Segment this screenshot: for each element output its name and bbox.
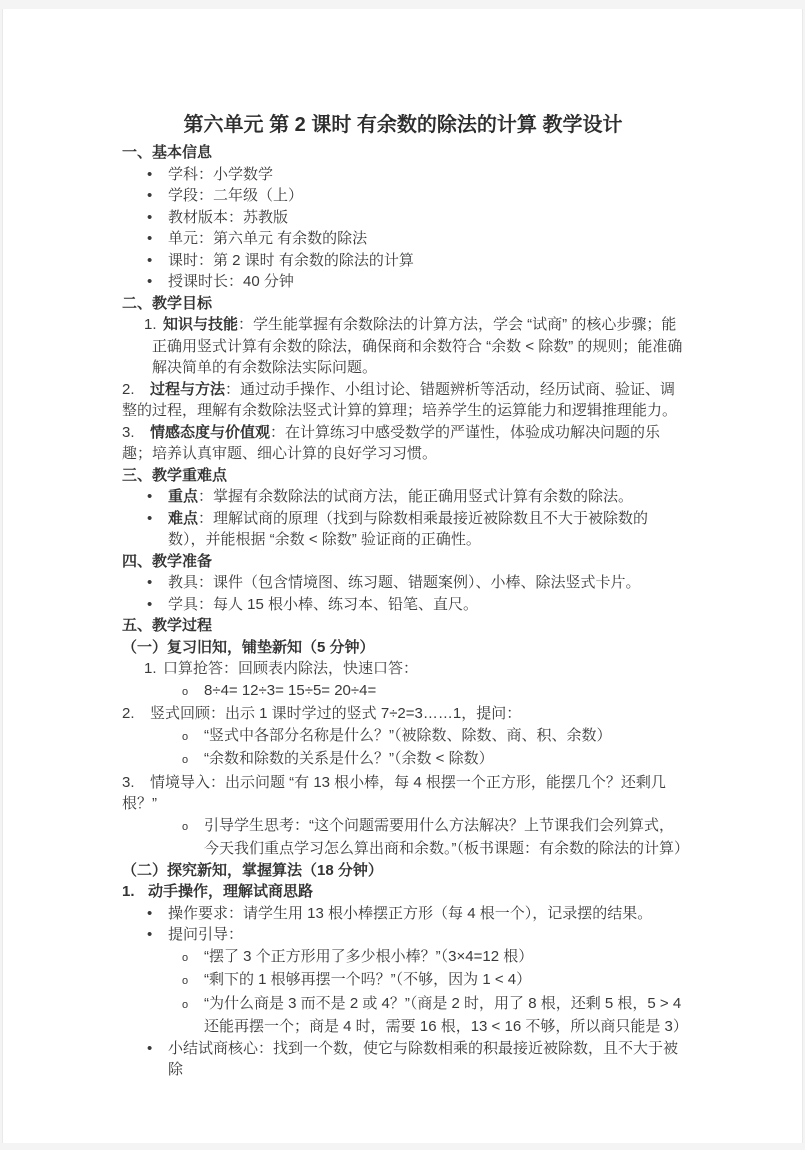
bullet-item: •教具：课件（包含情境图、练习题、错题案例）、小棒、除法竖式卡片。 <box>122 572 684 594</box>
circle-icon: o <box>182 750 204 772</box>
text-run: 教具：课件（包含情境图、练习题、错题案例）、小棒、除法竖式卡片。 <box>168 574 641 591</box>
text-run: 操作要求：请学生用 13 根小棒摆正方形（每 4 根一个），记录摆的结果。 <box>168 905 652 922</box>
text-run: 知识与技能 <box>163 316 238 333</box>
bullet-item: •操作要求：请学生用 13 根小棒摆正方形（每 4 根一个），记录摆的结果。 <box>122 903 684 925</box>
numbered-item: 2.过程与方法：通过动手操作、小组讨论、错题辨析等活动，经历试商、验证、调整的过… <box>122 379 684 422</box>
document-blocks: 一、基本信息•学科：小学数学•学段：二年级（上）•教材版本：苏教版•单元：第六单… <box>122 142 684 1081</box>
sub-bullet-item: o“余数和除数的关系是什么？”（余数 < 除数） <box>122 748 684 772</box>
bullet-item: •学段：二年级（上） <box>122 185 684 207</box>
numbered-item: 1.口算抢答：回顾表内除法，快速口答： <box>122 658 684 680</box>
numbered-item: 1.知识与技能：学生能掌握有余数除法的计算方法，学会 “试商” 的核心步骤；能正… <box>122 314 684 379</box>
bullet-icon: • <box>147 164 168 186</box>
numbered-item: 3.情感态度与价值观：在计算练习中感受数学的严谨性，体验成功解决问题的乐趣；培养… <box>122 422 684 465</box>
text-run: 四、教学准备 <box>122 553 212 570</box>
text-run: 一、基本信息 <box>122 144 212 161</box>
text-run: 引导学生思考：“这个问题需要用什么方法解决？上节课我们会列算式，今天我们重点学习… <box>204 817 689 858</box>
text-run: 重点 <box>168 488 198 505</box>
text-run: ：理解试商的原理（找到与除数相乘最接近被除数且不大于被除数的数），并能根据 “余… <box>168 510 648 549</box>
text-run: “竖式中各部分名称是什么？”（被除数、除数、商、积、余数） <box>204 727 612 744</box>
bullet-item: •学具：每人 15 根小棒、练习本、铅笔、直尺。 <box>122 594 684 616</box>
viewport-bottom-gutter <box>0 1143 805 1150</box>
text-run: 五、教学过程 <box>122 617 212 634</box>
text-run: 学科：小学数学 <box>168 166 273 183</box>
text-run: 提问引导： <box>168 926 243 943</box>
doc-title: 第六单元 第 2 课时 有余数的除法的计算 教学设计 <box>122 112 684 139</box>
text-run: （二）探究新知，掌握算法（18 分钟） <box>122 862 383 879</box>
number-marker: 1. <box>144 314 163 336</box>
text-run: 二、教学目标 <box>122 295 212 312</box>
text-run: （一）复习旧知，铺垫新知（5 分钟） <box>122 639 375 656</box>
sub-bullet-item: o“竖式中各部分名称是什么？”（被除数、除数、商、积、余数） <box>122 725 684 749</box>
text-run: 过程与方法 <box>150 381 225 398</box>
sub-bullet-item: o“为什么商是 3 而不是 2 或 4？”（商是 2 时，用了 8 根，还剩 5… <box>122 993 684 1038</box>
bullet-item: •小结试商核心：找到一个数，使它与除数相乘的积最接近被除数，且不大于被除 <box>122 1038 684 1081</box>
number-marker: 2. <box>122 703 150 725</box>
text-run: 单元：第六单元 有余数的除法 <box>168 230 367 247</box>
bullet-icon: • <box>147 185 168 207</box>
bullet-item: •教材版本：苏教版 <box>122 207 684 229</box>
bullet-icon: • <box>147 572 168 594</box>
text-run: 三、教学重难点 <box>122 467 227 484</box>
text-run: 授课时长：40 分钟 <box>168 273 294 290</box>
text-run: 口算抢答：回顾表内除法，快速口答： <box>163 660 418 677</box>
text-run: “余数和除数的关系是什么？”（余数 < 除数） <box>204 750 494 767</box>
section-heading: 1.动手操作，理解试商思路 <box>122 881 684 903</box>
text-run: “摆了 3 个正方形用了多少根小棒？”（3×4=12 根） <box>204 948 533 965</box>
text-run: 竖式回顾：出示 1 课时学过的竖式 7÷2=3……1，提问： <box>150 705 521 722</box>
text-run: 课时：第 2 课时 有余数的除法的计算 <box>168 252 414 269</box>
text-run: 情感态度与价值观 <box>150 424 270 441</box>
numbered-item: 3.情境导入：出示问题 “有 13 根小棒，每 4 根摆一个正方形，能摆几个？还… <box>122 772 684 815</box>
text-run: 8÷4= 12÷3= 15÷5= 20÷4= <box>204 682 376 699</box>
bullet-item: •授课时长：40 分钟 <box>122 271 684 293</box>
section-heading: 五、教学过程 <box>122 615 684 637</box>
circle-icon: o <box>182 995 204 1017</box>
text-run: 小结试商核心：找到一个数，使它与除数相乘的积最接近被除数，且不大于被除 <box>168 1040 678 1079</box>
circle-icon: o <box>182 727 204 749</box>
number-marker: 1. <box>144 658 163 680</box>
document-viewer: { "window": { "background_color": "#f4f4… <box>0 0 805 1150</box>
text-run: 动手操作，理解试商思路 <box>148 883 313 900</box>
number-marker: 3. <box>122 772 150 794</box>
text-run: 情境导入：出示问题 “有 13 根小棒，每 4 根摆一个正方形，能摆几个？还剩几… <box>122 774 666 813</box>
sub-bullet-item: o引导学生思考：“这个问题需要用什么方法解决？上节课我们会列算式，今天我们重点学… <box>122 815 684 860</box>
document-content: 第六单元 第 2 课时 有余数的除法的计算 教学设计 一、基本信息•学科：小学数… <box>3 9 802 1081</box>
circle-icon: o <box>182 948 204 970</box>
numbered-item: 2.竖式回顾：出示 1 课时学过的竖式 7÷2=3……1，提问： <box>122 703 684 725</box>
circle-icon: o <box>182 817 204 839</box>
bullet-icon: • <box>147 594 168 616</box>
section-heading: 二、教学目标 <box>122 293 684 315</box>
subsection-heading: （一）复习旧知，铺垫新知（5 分钟） <box>122 637 684 659</box>
subsection-heading: （二）探究新知，掌握算法（18 分钟） <box>122 860 684 882</box>
circle-icon: o <box>182 971 204 993</box>
text-run: 学段：二年级（上） <box>168 187 303 204</box>
text-run: “为什么商是 3 而不是 2 或 4？”（商是 2 时，用了 8 根，还剩 5 … <box>204 995 688 1036</box>
bullet-icon: • <box>147 271 168 293</box>
circle-icon: o <box>182 682 204 704</box>
bullet-item: •课时：第 2 课时 有余数的除法的计算 <box>122 250 684 272</box>
bullet-icon: • <box>147 924 168 946</box>
text-run: “剩下的 1 根够再摆一个吗？”（不够，因为 1 < 4） <box>204 971 531 988</box>
viewport-top-gutter <box>0 0 805 9</box>
number-marker: 3. <box>122 422 150 444</box>
text-run: 教材版本：苏教版 <box>168 209 288 226</box>
bullet-icon: • <box>147 508 168 530</box>
number-marker: 2. <box>122 379 150 401</box>
bullet-item: •学科：小学数学 <box>122 164 684 186</box>
document-page: 第六单元 第 2 课时 有余数的除法的计算 教学设计 一、基本信息•学科：小学数… <box>2 9 803 1143</box>
bullet-icon: • <box>147 903 168 925</box>
bullet-icon: • <box>147 1038 168 1060</box>
sub-bullet-item: o8÷4= 12÷3= 15÷5= 20÷4= <box>122 680 684 704</box>
bullet-item: •难点：理解试商的原理（找到与除数相乘最接近被除数且不大于被除数的数），并能根据… <box>122 508 684 551</box>
sub-bullet-item: o“摆了 3 个正方形用了多少根小棒？”（3×4=12 根） <box>122 946 684 970</box>
bullet-item: •提问引导： <box>122 924 684 946</box>
section-heading: 三、教学重难点 <box>122 465 684 487</box>
bullet-icon: • <box>147 207 168 229</box>
bullet-item: •单元：第六单元 有余数的除法 <box>122 228 684 250</box>
text-run: ：掌握有余数除法的试商方法，能正确用竖式计算有余数的除法。 <box>198 488 633 505</box>
bullet-icon: • <box>147 250 168 272</box>
text-run: 学具：每人 15 根小棒、练习本、铅笔、直尺。 <box>168 596 478 613</box>
sub-bullet-item: o“剩下的 1 根够再摆一个吗？”（不够，因为 1 < 4） <box>122 969 684 993</box>
text-run: 难点 <box>168 510 198 527</box>
bullet-icon: • <box>147 228 168 250</box>
number-marker: 1. <box>122 881 148 903</box>
bullet-item: •重点：掌握有余数除法的试商方法，能正确用竖式计算有余数的除法。 <box>122 486 684 508</box>
bullet-icon: • <box>147 486 168 508</box>
section-heading: 一、基本信息 <box>122 142 684 164</box>
section-heading: 四、教学准备 <box>122 551 684 573</box>
